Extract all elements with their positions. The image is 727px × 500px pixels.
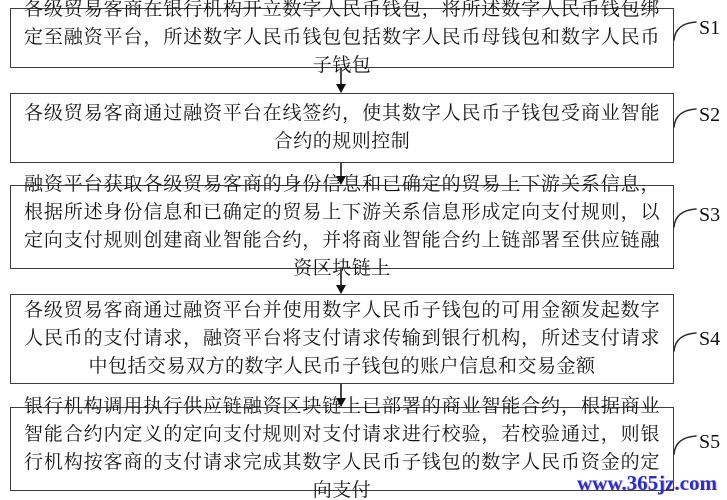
- arrow-head-icon: [336, 84, 346, 93]
- step-box-s3: 融资平台获取各级贸易客商的身份信息和已确定的贸易上下游关系信息，根据所述身份信息…: [10, 185, 674, 269]
- step-text-s4: 各级贸易客商通过融资平台并使用数字人民币子钱包的可用金额发起数字人民币的支付请求…: [24, 297, 660, 381]
- connector-curve-s5: [672, 430, 698, 456]
- flowchart-canvas: 各级贸易客商在银行机构开立数字人民币钱包，将所述数字人民币钱包绑定至融资平台，所…: [0, 0, 727, 500]
- step-text-s2: 各级贸易客商通过融资平台在线签约，使其数字人民币子钱包受商业智能合约的规则控制: [24, 100, 660, 156]
- step-label-s2: S2: [699, 104, 720, 126]
- arrow-head-icon: [336, 285, 346, 294]
- connector-curve-s2: [672, 103, 698, 129]
- step-text-s5: 银行机构调用执行供应链融资区块链上已部署的商业智能合约，根据商业智能合约内定义的…: [24, 393, 660, 500]
- step-box-s4: 各级贸易客商通过融资平台并使用数字人民币子钱包的可用金额发起数字人民币的支付请求…: [10, 294, 674, 384]
- arrow-shaft: [340, 269, 342, 285]
- step-label-s3: S3: [699, 204, 720, 226]
- connector-curve-s3: [672, 203, 698, 229]
- step-text-s1: 各级贸易客商在银行机构开立数字人民币钱包，将所述数字人民币钱包绑定至融资平台，所…: [24, 0, 660, 80]
- step-label-s4: S4: [699, 328, 720, 350]
- step-label-s1: S1: [699, 17, 720, 39]
- step-box-s5: 银行机构调用执行供应链融资区块链上已部署的商业智能合约，根据商业智能合约内定义的…: [10, 407, 674, 491]
- step-box-s1: 各级贸易客商在银行机构开立数字人民币钱包，将所述数字人民币钱包绑定至融资平台，所…: [10, 8, 674, 68]
- watermark-text: www.365jz.com: [577, 471, 717, 496]
- step-label-s5: S5: [699, 431, 720, 453]
- connector-curve-s4: [672, 327, 698, 353]
- step-box-s2: 各级贸易客商通过融资平台在线签约，使其数字人民币子钱包受商业智能合约的规则控制: [10, 93, 674, 163]
- arrow-shaft: [340, 68, 342, 84]
- connector-curve-s1: [672, 16, 698, 42]
- step-text-s3: 融资平台获取各级贸易客商的身份信息和已确定的贸易上下游关系信息，根据所述身份信息…: [24, 171, 660, 283]
